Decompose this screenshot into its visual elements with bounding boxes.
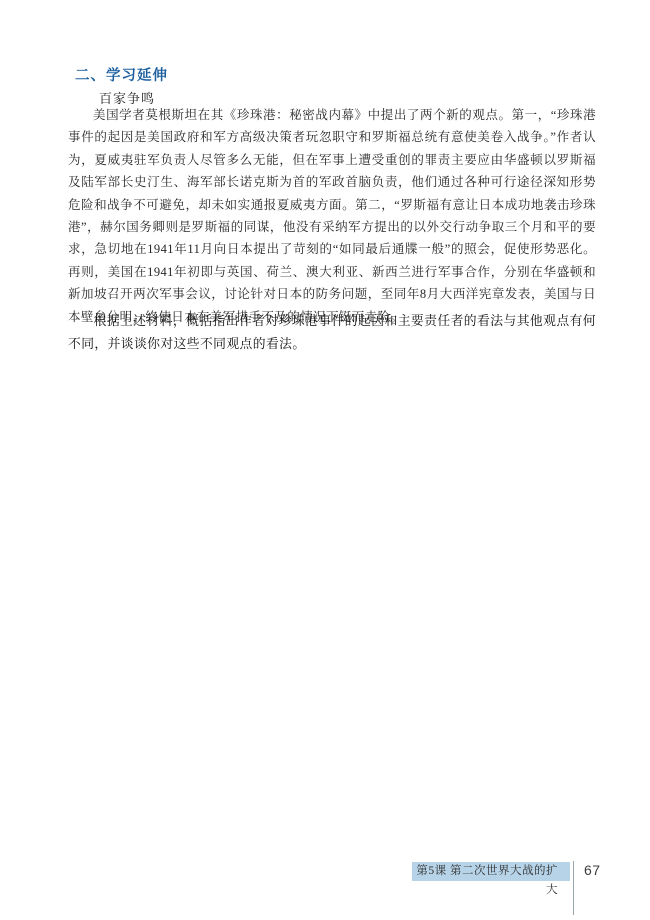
material-text: 美国学者莫根斯坦在其《珍珠港：秘密战内幕》中提出了两个新的观点。第一，“珍珠港事… xyxy=(68,104,596,328)
footer-lesson-badge: 第5课 第二次世界大战的扩大 xyxy=(412,862,570,881)
page-number: 67 xyxy=(584,862,601,878)
section-heading: 二、学习延伸 xyxy=(75,64,168,85)
textbook-page: 二、学习延伸 百家争鸣 美国学者莫根斯坦在其《珍珠港：秘密战内幕》中提出了两个新… xyxy=(0,0,650,920)
question-text: 根据上述材料，概括指出作者对珍珠港事件的起因和主要责任者的看法与其他观点有何不同… xyxy=(68,310,596,356)
footer-divider xyxy=(573,861,574,915)
